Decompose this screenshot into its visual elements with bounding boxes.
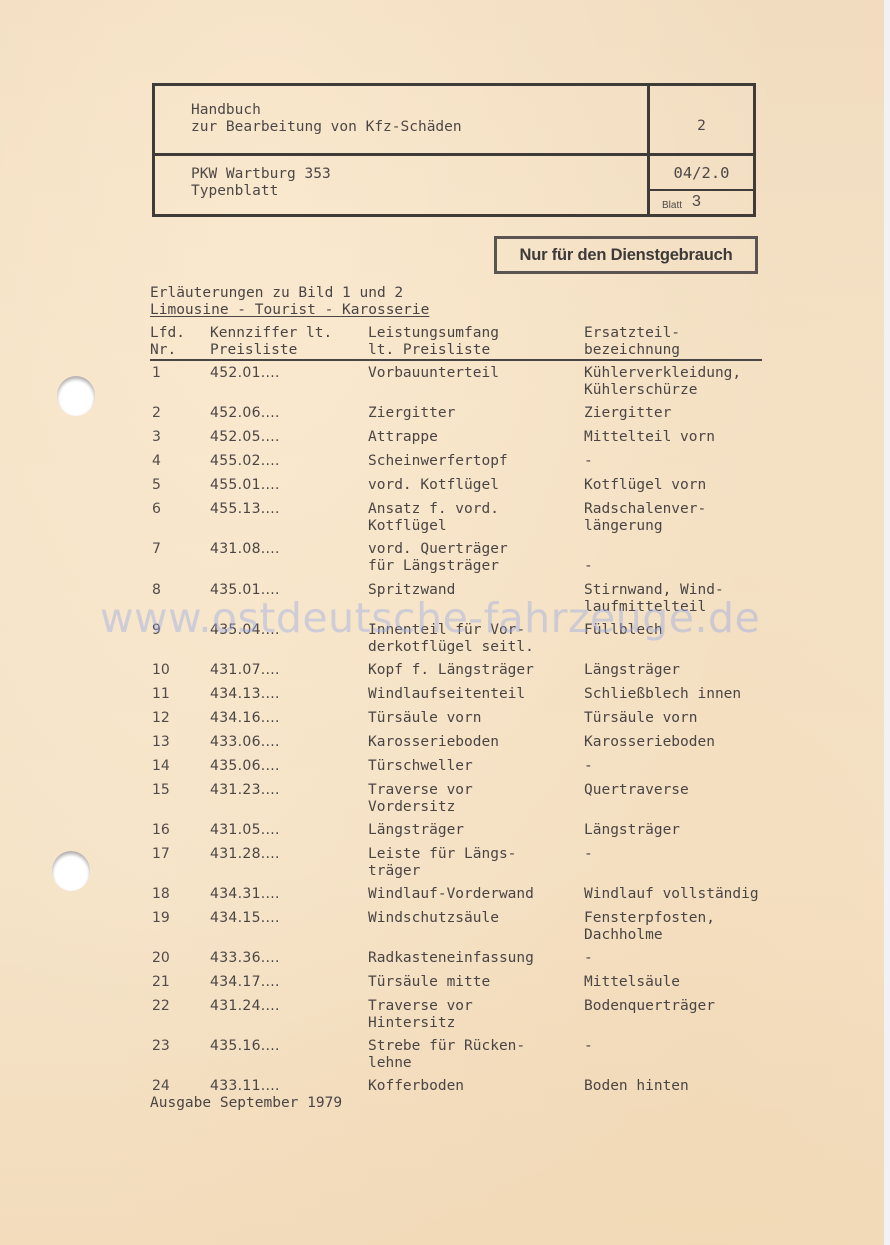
row-number: 12 [152, 710, 170, 727]
part-code: 435.06.... [210, 758, 280, 775]
spare-part-name: - [584, 950, 593, 967]
part-code: 455.01.... [210, 477, 280, 494]
column-header-ersatzteil-line2: bezeichnung [584, 342, 680, 359]
part-code: 452.01.... [210, 365, 280, 382]
service-scope: vord. Querträger für Längsträger [368, 541, 508, 574]
vehicle-line1: PKW Wartburg 353 [191, 166, 331, 183]
column-header-nr-line2: Nr. [150, 342, 185, 359]
spare-part-name: - [584, 453, 593, 470]
column-header-nr-line1: Lfd. [150, 325, 185, 342]
part-code: 452.05.... [210, 429, 280, 446]
section-subtitle: Limousine - Tourist - Karosserie [150, 302, 429, 319]
service-scope: Windschutzsäule [368, 910, 499, 927]
row-number: 7 [152, 541, 161, 558]
column-header-leistung-line1: Leistungsumfang [368, 325, 499, 342]
service-scope: Windlaufseitenteil [368, 686, 525, 703]
section-title: Erläuterungen zu Bild 1 und 2 [150, 285, 403, 302]
part-code: 433.11.... [210, 1078, 280, 1095]
part-code: 434.31.... [210, 886, 280, 903]
column-header-ersatzteil-line1: Ersatzteil- [584, 325, 680, 342]
spare-part-name: Stirnwand, Wind- laufmittelteil [584, 582, 724, 615]
column-header-leistung-line2: lt. Preisliste [368, 342, 499, 359]
row-number: 16 [152, 822, 170, 839]
part-code: 434.16.... [210, 710, 280, 727]
spare-part-name: Längsträger [584, 662, 680, 679]
spare-part-name: Fensterpfosten, Dachholme [584, 910, 715, 943]
edition-footer: Ausgabe September 1979 [150, 1095, 342, 1111]
spare-part-name: Boden hinten [584, 1078, 689, 1095]
vehicle-title: PKW Wartburg 353 Typenblatt [191, 166, 331, 200]
part-code: 435.04.... [210, 622, 280, 639]
header-divider-horizontal [155, 153, 753, 156]
sheet-label: Blatt [662, 197, 682, 214]
service-scope: Attrappe [368, 429, 438, 446]
header-box: Handbuch zur Bearbeitung von Kfz-Schäden… [152, 83, 756, 217]
row-number: 24 [152, 1078, 170, 1095]
row-number: 14 [152, 758, 170, 775]
row-number: 10 [152, 662, 170, 679]
service-scope: Traverse vor Vordersitz [368, 782, 473, 815]
column-header-code-line1: Kennziffer lt. [210, 325, 332, 342]
handbook-title: Handbuch zur Bearbeitung von Kfz-Schäden [191, 102, 462, 136]
spare-part-name: Kühlerverkleidung, Kühlerschürze [584, 365, 741, 398]
part-code: 433.36.... [210, 950, 280, 967]
service-scope: Vorbauunterteil [368, 365, 499, 382]
part-code: 452.06.... [210, 405, 280, 422]
spare-part-name: Mittelteil vorn [584, 429, 715, 446]
spare-part-name: Mittelsäule [584, 974, 680, 991]
table-header-rule [150, 359, 762, 361]
row-number: 4 [152, 453, 161, 470]
row-number: 15 [152, 782, 170, 799]
part-code: 434.17.... [210, 974, 280, 991]
spare-part-name: Windlauf vollständig [584, 886, 759, 903]
punch-hole-top [57, 376, 95, 416]
row-number: 22 [152, 998, 170, 1015]
row-number: 11 [152, 686, 170, 703]
classification-stamp: Nur für den Dienstgebrauch [494, 236, 758, 274]
row-number: 20 [152, 950, 170, 967]
row-number: 8 [152, 582, 161, 599]
service-scope: Karosserieboden [368, 734, 499, 751]
row-number: 9 [152, 622, 161, 639]
sheet-number: 3 [692, 193, 701, 210]
service-scope: Spritzwand [368, 582, 455, 599]
service-scope: Leiste für Längs- träger [368, 846, 516, 879]
service-scope: Strebe für Rücken- lehne [368, 1038, 525, 1071]
service-scope: Ziergitter [368, 405, 455, 422]
spare-part-name: Kotflügel vorn [584, 477, 706, 494]
service-scope: Längsträger [368, 822, 464, 839]
column-header-nr: Lfd. Nr. [150, 325, 185, 358]
service-scope: Radkasteneinfassung [368, 950, 534, 967]
column-header-code-line2: Preisliste [210, 342, 332, 359]
service-scope: Kofferboden [368, 1078, 464, 1095]
handbook-title-line1: Handbuch [191, 102, 462, 119]
spare-part-name: Füllblech [584, 622, 663, 639]
row-number: 17 [152, 846, 170, 863]
part-code: 431.23.... [210, 782, 280, 799]
part-code: 435.01.... [210, 582, 280, 599]
spare-part-name: - [584, 1038, 593, 1055]
section-number: 2 [650, 118, 753, 135]
service-scope: Scheinwerfertopf [368, 453, 508, 470]
document-code: 04/2.0 [650, 165, 753, 182]
row-number: 2 [152, 405, 161, 422]
part-code: 434.15.... [210, 910, 280, 927]
spare-part-name: Längsträger [584, 822, 680, 839]
spare-part-name: Radschalenver- längerung [584, 501, 706, 534]
service-scope: Windlauf-Vorderwand [368, 886, 534, 903]
spare-part-name: Karosserieboden [584, 734, 715, 751]
part-code: 434.13.... [210, 686, 280, 703]
row-number: 18 [152, 886, 170, 903]
row-number: 21 [152, 974, 170, 991]
part-code: 455.13.... [210, 501, 280, 518]
column-header-ersatzteil: Ersatzteil- bezeichnung [584, 325, 680, 358]
service-scope: Türschweller [368, 758, 473, 775]
row-number: 23 [152, 1038, 170, 1055]
spare-part-name: - [584, 846, 593, 863]
spare-part-name: - [584, 758, 593, 775]
part-code: 431.08.... [210, 541, 280, 558]
row-number: 5 [152, 477, 161, 494]
row-number: 3 [152, 429, 161, 446]
column-header-leistung: Leistungsumfang lt. Preisliste [368, 325, 499, 358]
spare-part-name: Schließblech innen [584, 686, 741, 703]
header-divider-code [650, 189, 753, 191]
service-scope: Türsäule mitte [368, 974, 490, 991]
row-number: 13 [152, 734, 170, 751]
part-code: 433.06.... [210, 734, 280, 751]
column-header-code: Kennziffer lt. Preisliste [210, 325, 332, 358]
row-number: 1 [152, 365, 161, 382]
part-code: 431.24.... [210, 998, 280, 1015]
part-code: 431.07.... [210, 662, 280, 679]
header-divider-vertical [647, 86, 650, 214]
part-code: 435.16.... [210, 1038, 280, 1055]
spare-part-name: Ziergitter [584, 405, 671, 422]
spare-part-name: Quertraverse [584, 782, 689, 799]
service-scope: vord. Kotflügel [368, 477, 499, 494]
punch-hole-bottom [52, 851, 90, 891]
handbook-title-line2: zur Bearbeitung von Kfz-Schäden [191, 119, 462, 136]
service-scope: Traverse vor Hintersitz [368, 998, 473, 1031]
service-scope: Kopf f. Längsträger [368, 662, 534, 679]
vehicle-line2: Typenblatt [191, 183, 331, 200]
part-code: 431.28.... [210, 846, 280, 863]
spare-part-name: - [584, 541, 593, 574]
part-code: 431.05.... [210, 822, 280, 839]
service-scope: Innenteil für Vor- derkotflügel seitl. [368, 622, 534, 655]
document-page: Handbuch zur Bearbeitung von Kfz-Schäden… [0, 0, 884, 1245]
row-number: 6 [152, 501, 161, 518]
row-number: 19 [152, 910, 170, 927]
spare-part-name: Bodenquerträger [584, 998, 715, 1015]
part-code: 455.02.... [210, 453, 280, 470]
service-scope: Ansatz f. vord. Kotflügel [368, 501, 499, 534]
spare-part-name: Türsäule vorn [584, 710, 698, 727]
service-scope: Türsäule vorn [368, 710, 482, 727]
